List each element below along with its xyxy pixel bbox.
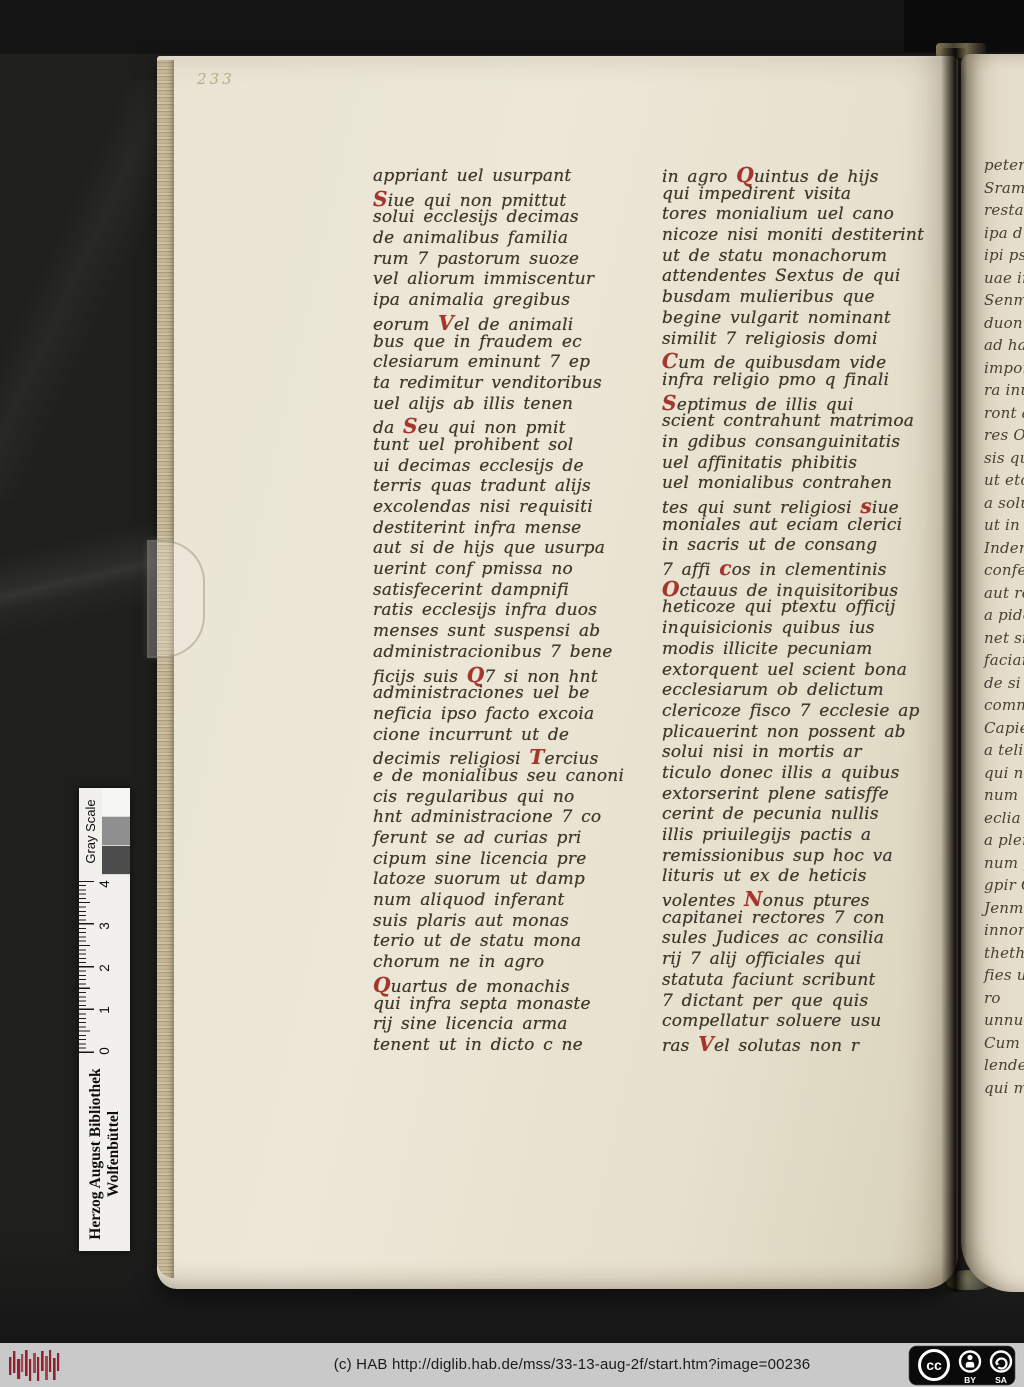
facing-page-line: comm (984, 696, 1024, 719)
facing-page-line: Inden (984, 539, 1024, 562)
manuscript-line: qui infra septa monaste (373, 994, 633, 1015)
scan-photo: petereSramrestateipa dipi pssuae inSenmu… (0, 0, 1024, 1343)
manuscript-line: latoze suorum ut damp (373, 869, 633, 890)
manuscript-line: administracionibus 7 bene (373, 642, 633, 663)
manuscript-line: Quartus de monachis (373, 973, 633, 994)
manuscript-line: decimis religiosi Tercius (373, 745, 633, 766)
manuscript-line: suis plaris aut monas (373, 911, 633, 932)
gray-scale-label: Gray Scale (79, 788, 102, 875)
manuscript-line: ta redimitur venditoribus (373, 373, 633, 394)
manuscript-line: in sacris ut de consang (662, 535, 922, 556)
facing-page-line: Senmu (984, 291, 1024, 314)
manuscript-line: terio ut de statu mona (373, 931, 633, 952)
rubricated-initial: V (698, 1032, 714, 1056)
manuscript-line: tenent ut in dicto c ne (373, 1035, 633, 1056)
facing-page-sliver: petereSramrestateipa dipi pssuae inSenmu… (961, 54, 1024, 1292)
manuscript-line: cipum sine licencia pre (373, 849, 633, 870)
manuscript-line: Octauus de inquisitoribus (662, 577, 922, 598)
facing-page-line: fies ut (984, 966, 1024, 989)
ruler-number: 0 (97, 1045, 112, 1057)
manuscript-line: similit 7 religiosis domi (662, 329, 922, 350)
manuscript-line: inquisicionis quibus ius (662, 618, 922, 639)
manuscript-line: ficijs suis Q7 si non hnt (373, 663, 633, 684)
manuscript-page: 233 appriant uel usurpantSiue qui non pm… (157, 56, 958, 1289)
manuscript-line: volentes Nonus ptures (662, 887, 922, 908)
facing-page-line: ut etc (984, 471, 1024, 494)
library-name: Herzog August Bibliothek Wolfenbüttel (79, 1057, 130, 1251)
facing-page-line: Capien (984, 719, 1024, 742)
manuscript-line: cerint de pecunia nullis (662, 804, 922, 825)
manuscript-line: Septimus de illis qui (662, 391, 922, 412)
manuscript-line: ferunt se ad curias pri (373, 828, 633, 849)
manuscript-line: terris quas tradunt alijs (373, 476, 633, 497)
gray-swatch-white (102, 788, 130, 817)
manuscript-line: scient contrahunt matrimoa (662, 411, 922, 432)
manuscript-line: chorum ne in agro (373, 952, 633, 973)
facing-page-line: net si e (984, 629, 1024, 652)
manuscript-line: appriant uel usurpant (373, 166, 633, 187)
manuscript-line: tunt uel prohibent sol (373, 435, 633, 456)
manuscript-line: rij 7 alij officiales qui (662, 949, 922, 970)
facing-page-line: ro (984, 989, 1024, 1012)
manuscript-line: uerint conf pmissa no (373, 559, 633, 580)
manuscript-line: in gdibus consanguinitatis (662, 432, 922, 453)
manuscript-line: Siue qui non pmittut (373, 187, 633, 208)
manuscript-line: ticulo donec illis a quibus (662, 763, 922, 784)
manuscript-line: extorquent uel scient bona (662, 660, 922, 681)
manuscript-column-1: appriant uel usurpantSiue qui non pmittu… (373, 166, 633, 1056)
folio-number: 233 (197, 70, 235, 88)
facing-page-line: ipi pss (984, 246, 1024, 269)
manuscript-line: heticoze qui ptextu officij (662, 597, 922, 618)
manuscript-line: 7 dictant per que quis (662, 991, 922, 1012)
manuscript-line: destiterint infra mense (373, 518, 633, 539)
gray-swatch-mid (102, 817, 130, 846)
manuscript-line: busdam mulieribus que (662, 287, 922, 308)
manuscript-line: ipa animalia gregibus (373, 290, 633, 311)
facing-page-line: gpir C (984, 876, 1024, 899)
facing-page-line: a solut (984, 494, 1024, 517)
manuscript-line: sules Judices ac consilia (662, 928, 922, 949)
library-name-line1: Herzog August Bibliothek (87, 1057, 105, 1251)
manuscript-line: de animalibus familia (373, 228, 633, 249)
facing-page-line: ront a (984, 404, 1024, 427)
manuscript-line: plicauerint non possent ab (662, 722, 922, 743)
facing-page-line: faciant (984, 651, 1024, 674)
manuscript-line: clesiarum eminunt 7 ep (373, 352, 633, 373)
calibration-strip: Herzog August Bibliothek Wolfenbüttel 0 … (79, 788, 130, 1251)
facing-page-line: confeta (984, 561, 1024, 584)
manuscript-line: extorserint plene satisffe (662, 784, 922, 805)
manuscript-line: statuta faciunt scribunt (662, 970, 922, 991)
manuscript-line: lituris ut ex de heticis (662, 866, 922, 887)
manuscript-line: moniales aut eciam clerici (662, 515, 922, 536)
manuscript-line: compellatur soluere usu (662, 1011, 922, 1032)
facing-page-line: uae in (984, 269, 1024, 292)
manuscript-line: rum 7 pastorum suoze (373, 249, 633, 270)
footer-bar: (c) HAB http://diglib.hab.de/mss/33-13-a… (0, 1343, 1024, 1387)
gray-scale-block: Gray Scale (79, 788, 130, 875)
facing-page-line: qui m (984, 1079, 1024, 1102)
facing-page-line: a plen (984, 831, 1024, 854)
manuscript-line: satisfecerint dampnifi (373, 580, 633, 601)
ruler-number: 3 (97, 920, 112, 932)
facing-page-line: petere (984, 156, 1024, 179)
ruler-number: 4 (97, 878, 112, 890)
manuscript-line: cione incurrunt ut de (373, 725, 633, 746)
manuscript-line: remissionibus sup hoc va (662, 846, 922, 867)
manuscript-line: nicoze nisi moniti destiterint (662, 225, 922, 246)
manuscript-line: solui nisi in mortis ar (662, 742, 922, 763)
facing-page-line: a telig (984, 741, 1024, 764)
facing-page-line: a pide (984, 606, 1024, 629)
manuscript-line: illis priuilegijs pactis a (662, 825, 922, 846)
manuscript-line: uel alijs ab illis tenen (373, 394, 633, 415)
calibration-ruler: 0 1 2 3 4 (79, 875, 130, 1057)
cc-by-sa-badge[interactable]: cc BY SA (907, 1343, 1017, 1387)
by-label: BY (964, 1375, 976, 1385)
manuscript-line: solui ecclesijs decimas (373, 207, 633, 228)
manuscript-line: uel affinitatis phibitis (662, 453, 922, 474)
manuscript-line: qui impedirent visita (662, 184, 922, 205)
manuscript-line: capitanei rectores 7 con (662, 908, 922, 929)
glass-reflection (0, 80, 180, 500)
facing-page-line: Sram (984, 179, 1024, 202)
facing-page-line: innoral (984, 921, 1024, 944)
page-fore-edge (157, 60, 174, 1278)
manuscript-line: tores monialium uel cano (662, 204, 922, 225)
facing-page-line: restate (984, 201, 1024, 224)
facing-page-line: Cum o (984, 1034, 1024, 1057)
manuscript-line: infra religio pmo q finali (662, 370, 922, 391)
facing-page-line: unnu (984, 1011, 1024, 1034)
facing-page-line: eclia k (984, 809, 1024, 832)
manuscript-line: num aliquod inferant (373, 890, 633, 911)
svg-text:cc: cc (926, 1357, 942, 1373)
facing-page-line: ad hab (984, 336, 1024, 359)
gray-scale-swatches (102, 788, 130, 875)
manuscript-line: ratis ecclesijs infra duos (373, 600, 633, 621)
manuscript-line: ras Vel solutas non r (662, 1032, 922, 1053)
facing-page-line: de si m (984, 674, 1024, 697)
manuscript-line: ecclesiarum ob delictum (662, 680, 922, 701)
manuscript-line: bus que in fraudem ec (373, 332, 633, 353)
manuscript-line: Cum de quibusdam vide (662, 349, 922, 370)
manuscript-line: modis illicite pecuniam (662, 639, 922, 660)
manuscript-line: rij sine licencia arma (373, 1014, 633, 1035)
book-gutter (941, 48, 967, 1292)
manuscript-line: hnt administracione 7 co (373, 807, 633, 828)
library-name-line2: Wolfenbüttel (105, 1057, 123, 1251)
manuscript-line: menses sunt suspensi ab (373, 621, 633, 642)
ruler-ticks (79, 881, 95, 1053)
manuscript-line: ui decimas ecclesijs de (373, 456, 633, 477)
copyright-url: (c) HAB http://diglib.hab.de/mss/33-13-a… (0, 1343, 1024, 1387)
facing-page-text: petereSramrestateipa dipi pssuae inSenmu… (984, 156, 1024, 1101)
manuscript-line: vel aliorum immiscentur (373, 269, 633, 290)
facing-page-line: duonu (984, 314, 1024, 337)
facing-page-line: theth x (984, 944, 1024, 967)
facing-page-line: ut in d (984, 516, 1024, 539)
calibration-strip-content: Herzog August Bibliothek Wolfenbüttel 0 … (79, 788, 130, 1251)
facing-page-line: impon (984, 359, 1024, 382)
manuscript-line: e de monialibus seu canoni (373, 766, 633, 787)
manuscript-line: 7 affi cos in clementinis (662, 556, 922, 577)
manuscript-line: in agro Quintus de hijs (662, 163, 922, 184)
facing-page-line: sis qui (984, 449, 1024, 472)
manuscript-line: attendentes Sextus de qui (662, 266, 922, 287)
facing-page-line: Jenmu (984, 899, 1024, 922)
facing-page-line: num qd (984, 786, 1024, 809)
manuscript-line: tes qui sunt religiosi siue (662, 494, 922, 515)
ruler-number: 1 (97, 1004, 112, 1016)
manuscript-line: begine vulgarit nominant (662, 308, 922, 329)
facing-page-line: aut ro (984, 584, 1024, 607)
facing-page-line: ra inu (984, 381, 1024, 404)
manuscript-line: neficia ipso facto excoia (373, 704, 633, 725)
sa-label: SA (995, 1375, 1007, 1385)
manuscript-line: excolendas nisi requisiti (373, 497, 633, 518)
facing-page-line: num p (984, 854, 1024, 877)
facing-page-line: lenden (984, 1056, 1024, 1079)
page-holder-clip (147, 540, 205, 658)
manuscript-line: cis regularibus qui no (373, 787, 633, 808)
manuscript-line: eorum Vel de animali (373, 311, 633, 332)
manuscript-line: ut de statu monachorum (662, 246, 922, 267)
ruler-number: 2 (97, 962, 112, 974)
facing-page-line: res Or (984, 426, 1024, 449)
facing-page-line: qui no (984, 764, 1024, 787)
manuscript-line: aut si de hijs que usurpa (373, 538, 633, 559)
manuscript-line: clericoze fisco 7 ecclesie ap (662, 701, 922, 722)
manuscript-line: da Seu qui non pmit (373, 414, 633, 435)
manuscript-line: uel monialibus contrahen (662, 473, 922, 494)
facing-page-line: ipa d (984, 224, 1024, 247)
manuscript-column-2: in agro Quintus de hijsqui impedirent vi… (662, 163, 922, 1053)
gray-swatch-dark (102, 846, 130, 875)
